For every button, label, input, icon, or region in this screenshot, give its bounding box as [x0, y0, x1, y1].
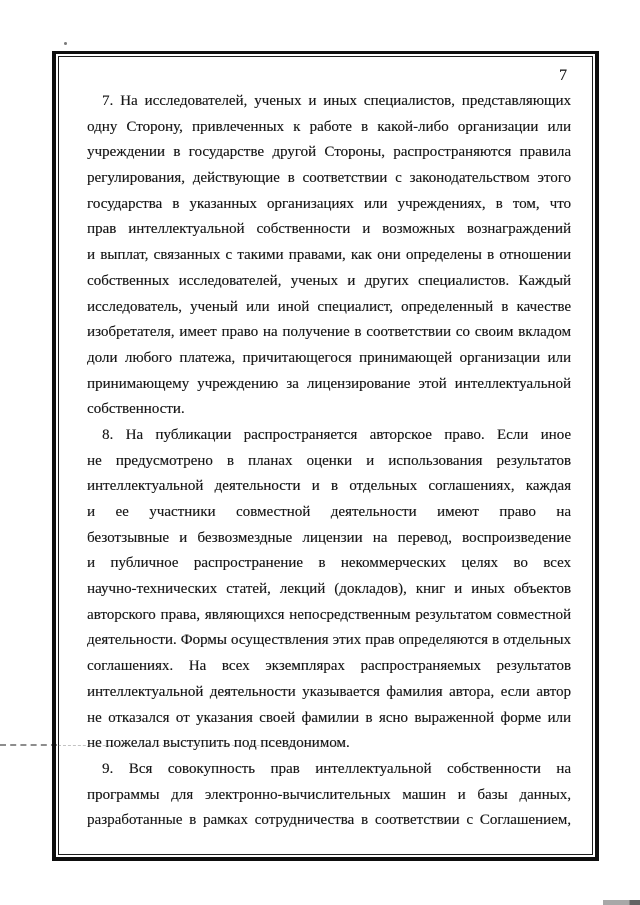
- paragraph: 8. На публикации распространяется авторс…: [87, 423, 571, 757]
- text-line: и выплат, связанных с такими правами, ка…: [87, 243, 571, 269]
- text-line: программы для электронно-вычислительных …: [87, 783, 571, 809]
- text-line: учреждении в государстве другой Стороны,…: [87, 140, 571, 166]
- text-line: регулирования, действующие в соответстви…: [87, 166, 571, 192]
- text-line: 7. На исследователей, ученых и иных спец…: [87, 89, 571, 115]
- text-line: научно-технических статей, лекций (докла…: [87, 577, 571, 603]
- text-line: безотзывные и безвозмездные лицензии на …: [87, 526, 571, 552]
- text-line: изобретателя, имеет право на получение в…: [87, 320, 571, 346]
- text-line: и ее участники совместной деятельности и…: [87, 500, 571, 526]
- text-line: 9. Вся совокупность прав интеллектуально…: [87, 757, 571, 783]
- paragraph: 9. Вся совокупность прав интеллектуально…: [87, 757, 571, 834]
- scan-edge-artifact: [603, 900, 640, 905]
- scan-crease-artifact: [0, 744, 57, 746]
- text-line: собственности.: [87, 397, 571, 423]
- text-line: исследователь, ученый или иной специалис…: [87, 295, 571, 321]
- page-number: 7: [87, 63, 571, 89]
- page-border-frame: 7 7. На исследователей, ученых и иных сп…: [52, 51, 599, 861]
- text-line: не отказался от указания своей фамилии в…: [87, 706, 571, 732]
- scanned-document-page: 7 7. На исследователей, ученых и иных сп…: [0, 0, 640, 905]
- text-line: 8. На публикации распространяется авторс…: [87, 423, 571, 449]
- text-line: разработанные в рамках сотрудничества в …: [87, 808, 571, 834]
- text-line: одну Сторону, привлеченных к работе в ка…: [87, 115, 571, 141]
- text-line: не предусмотрено в планах оценки и испол…: [87, 449, 571, 475]
- scan-crease-artifact-inner: [58, 745, 344, 746]
- text-line: государства в указанных организациях или…: [87, 192, 571, 218]
- page-border-inner-line: 7 7. На исследователей, ученых и иных сп…: [58, 56, 593, 855]
- text-line: деятельности. Формы осуществления этих п…: [87, 628, 571, 654]
- text-line: интеллектуальной деятельности и в отдель…: [87, 474, 571, 500]
- paragraph: 7. На исследователей, ученых и иных спец…: [87, 89, 571, 423]
- text-line: доли любого платежа, причитающегося прин…: [87, 346, 571, 372]
- text-line: принимающему учреждению за лицензировани…: [87, 372, 571, 398]
- text-line: соглашениях. На всех экземплярах распрос…: [87, 654, 571, 680]
- text-line: собственных исследователей, ученых и дру…: [87, 269, 571, 295]
- document-body: 7. На исследователей, ученых и иных спец…: [87, 89, 571, 834]
- scan-speck-artifact: [64, 42, 67, 45]
- text-line: авторского права, являющихся непосредств…: [87, 603, 571, 629]
- text-line: и публичное распространение в некоммерче…: [87, 551, 571, 577]
- text-line: интеллектуальной деятельности указываетс…: [87, 680, 571, 706]
- page-content: 7 7. На исследователей, ученых и иных сп…: [59, 57, 592, 854]
- text-line: прав интеллектуальной собственности и во…: [87, 217, 571, 243]
